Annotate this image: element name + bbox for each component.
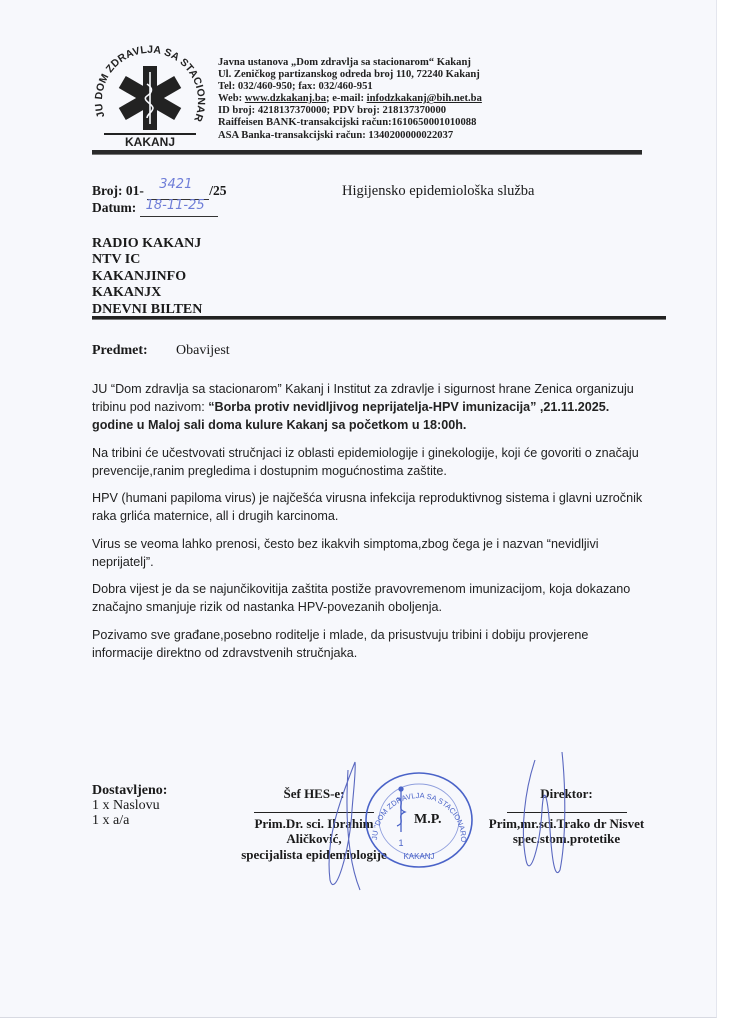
signatory-name: Prim,mr.sci.Trako dr Nisvet bbox=[484, 816, 649, 832]
broj-label: Broj: 01- bbox=[92, 183, 144, 198]
subject-label: Predmet: bbox=[92, 343, 148, 359]
email-label: ; e-mail: bbox=[326, 93, 367, 104]
distribution-item: 1 x a/a bbox=[92, 813, 167, 828]
letterhead-line: ID broj: 4218137370000; PDV broj: 218137… bbox=[218, 105, 482, 117]
body-paragraph: Pozivamo sve građane,posebno roditelje i… bbox=[92, 626, 652, 662]
distribution-title: Dostavljeno: bbox=[92, 783, 167, 798]
datum-label: Datum: bbox=[92, 200, 136, 215]
datum-field: 18-11-25 bbox=[140, 200, 218, 217]
recipient: KAKANJINFO bbox=[92, 269, 202, 285]
web-link[interactable]: www.dzkakanj.ba bbox=[245, 93, 326, 104]
body-paragraph: Virus se veoma lahko prenosi, često bez … bbox=[92, 535, 652, 571]
body-paragraph: Dobra vijest je da se najunčikovitija za… bbox=[92, 580, 652, 616]
recipient: NTV IC bbox=[92, 252, 202, 268]
signatory-title: Direktor: bbox=[484, 786, 649, 802]
signatory-role: spec.stom.protetike bbox=[484, 831, 649, 847]
signature-line bbox=[254, 812, 374, 813]
letterhead-line: Javna ustanova „Dom zdravlja sa staciona… bbox=[218, 57, 482, 69]
body-paragraph: JU “Dom zdravlja sa stacionarom” Kakanj … bbox=[92, 380, 652, 434]
subject-value: Obavijest bbox=[176, 343, 230, 359]
letterhead-line: Raiffeisen BANK-transakcijski račun:1610… bbox=[218, 117, 482, 129]
broj-suffix: /25 bbox=[209, 183, 226, 198]
stamp-number: 1 bbox=[398, 838, 403, 848]
letter-body: JU “Dom zdravlja sa stacionarom” Kakanj … bbox=[92, 380, 652, 671]
signature-line bbox=[507, 812, 627, 813]
institution-logo: JU DOM ZDRAVLJA SA STACIONAROM KAKANJ bbox=[86, 40, 214, 150]
recipient: KAKANJX bbox=[92, 285, 202, 301]
body-paragraph: Na tribini će učestvovati stručnjaci iz … bbox=[92, 444, 652, 480]
letterhead-line: ASA Banka-transakcijski račun: 134020000… bbox=[218, 130, 482, 142]
letterhead-web-line: Web: www.dzkakanj.ba; e-mail: infodzkaka… bbox=[218, 93, 482, 105]
distribution-list: Dostavljeno: 1 x Naslovu 1 x a/a bbox=[92, 783, 167, 828]
distribution-item: 1 x Naslovu bbox=[92, 798, 167, 813]
svg-text:JU "DOM ZDRAVLJA SA STACIONARO: JU "DOM ZDRAVLJA SA STACIONAROM" KAKANJ bbox=[363, 770, 468, 842]
signature-block-director: Direktor: Prim,mr.sci.Trako dr Nisvet sp… bbox=[484, 786, 649, 847]
body-paragraph: HPV (humani papiloma virus) je najčešća … bbox=[92, 489, 652, 525]
reference-block: Broj: 01- 3421 /25 Datum: 18-11-25 bbox=[92, 183, 227, 217]
datum-handwritten: 18-11-25 bbox=[146, 198, 205, 214]
seal-label: M.P. bbox=[414, 812, 441, 828]
letterhead-line: Tel: 032/460-950; fax: 032/460-951 bbox=[218, 81, 482, 93]
datum-line: Datum: 18-11-25 bbox=[92, 200, 227, 217]
stamp-ring-text: JU "DOM ZDRAVLJA SA STACIONAROM" KAKANJ bbox=[363, 770, 468, 842]
recipients-list: RADIO KAKANJ NTV IC KAKANJINFO KAKANJX D… bbox=[92, 236, 202, 318]
stamp-bottom-text: KAKANJ bbox=[403, 852, 434, 861]
letterhead-info: Javna ustanova „Dom zdravlja sa staciona… bbox=[218, 57, 482, 142]
web-label: Web: bbox=[218, 93, 245, 104]
letterhead-line: Ul. Zeničkog partizanskog odreda broj 11… bbox=[218, 69, 482, 81]
broj-handwritten: 3421 bbox=[159, 177, 192, 193]
email-link[interactable]: infodzkakanj@bih.net.ba bbox=[367, 93, 482, 104]
logo-bottom-text: KAKANJ bbox=[125, 135, 175, 149]
recipients-divider bbox=[92, 316, 666, 320]
header-divider bbox=[92, 150, 642, 155]
recipient: RADIO KAKANJ bbox=[92, 236, 202, 252]
department-name: Higijensko epidemiološka služba bbox=[342, 183, 535, 200]
